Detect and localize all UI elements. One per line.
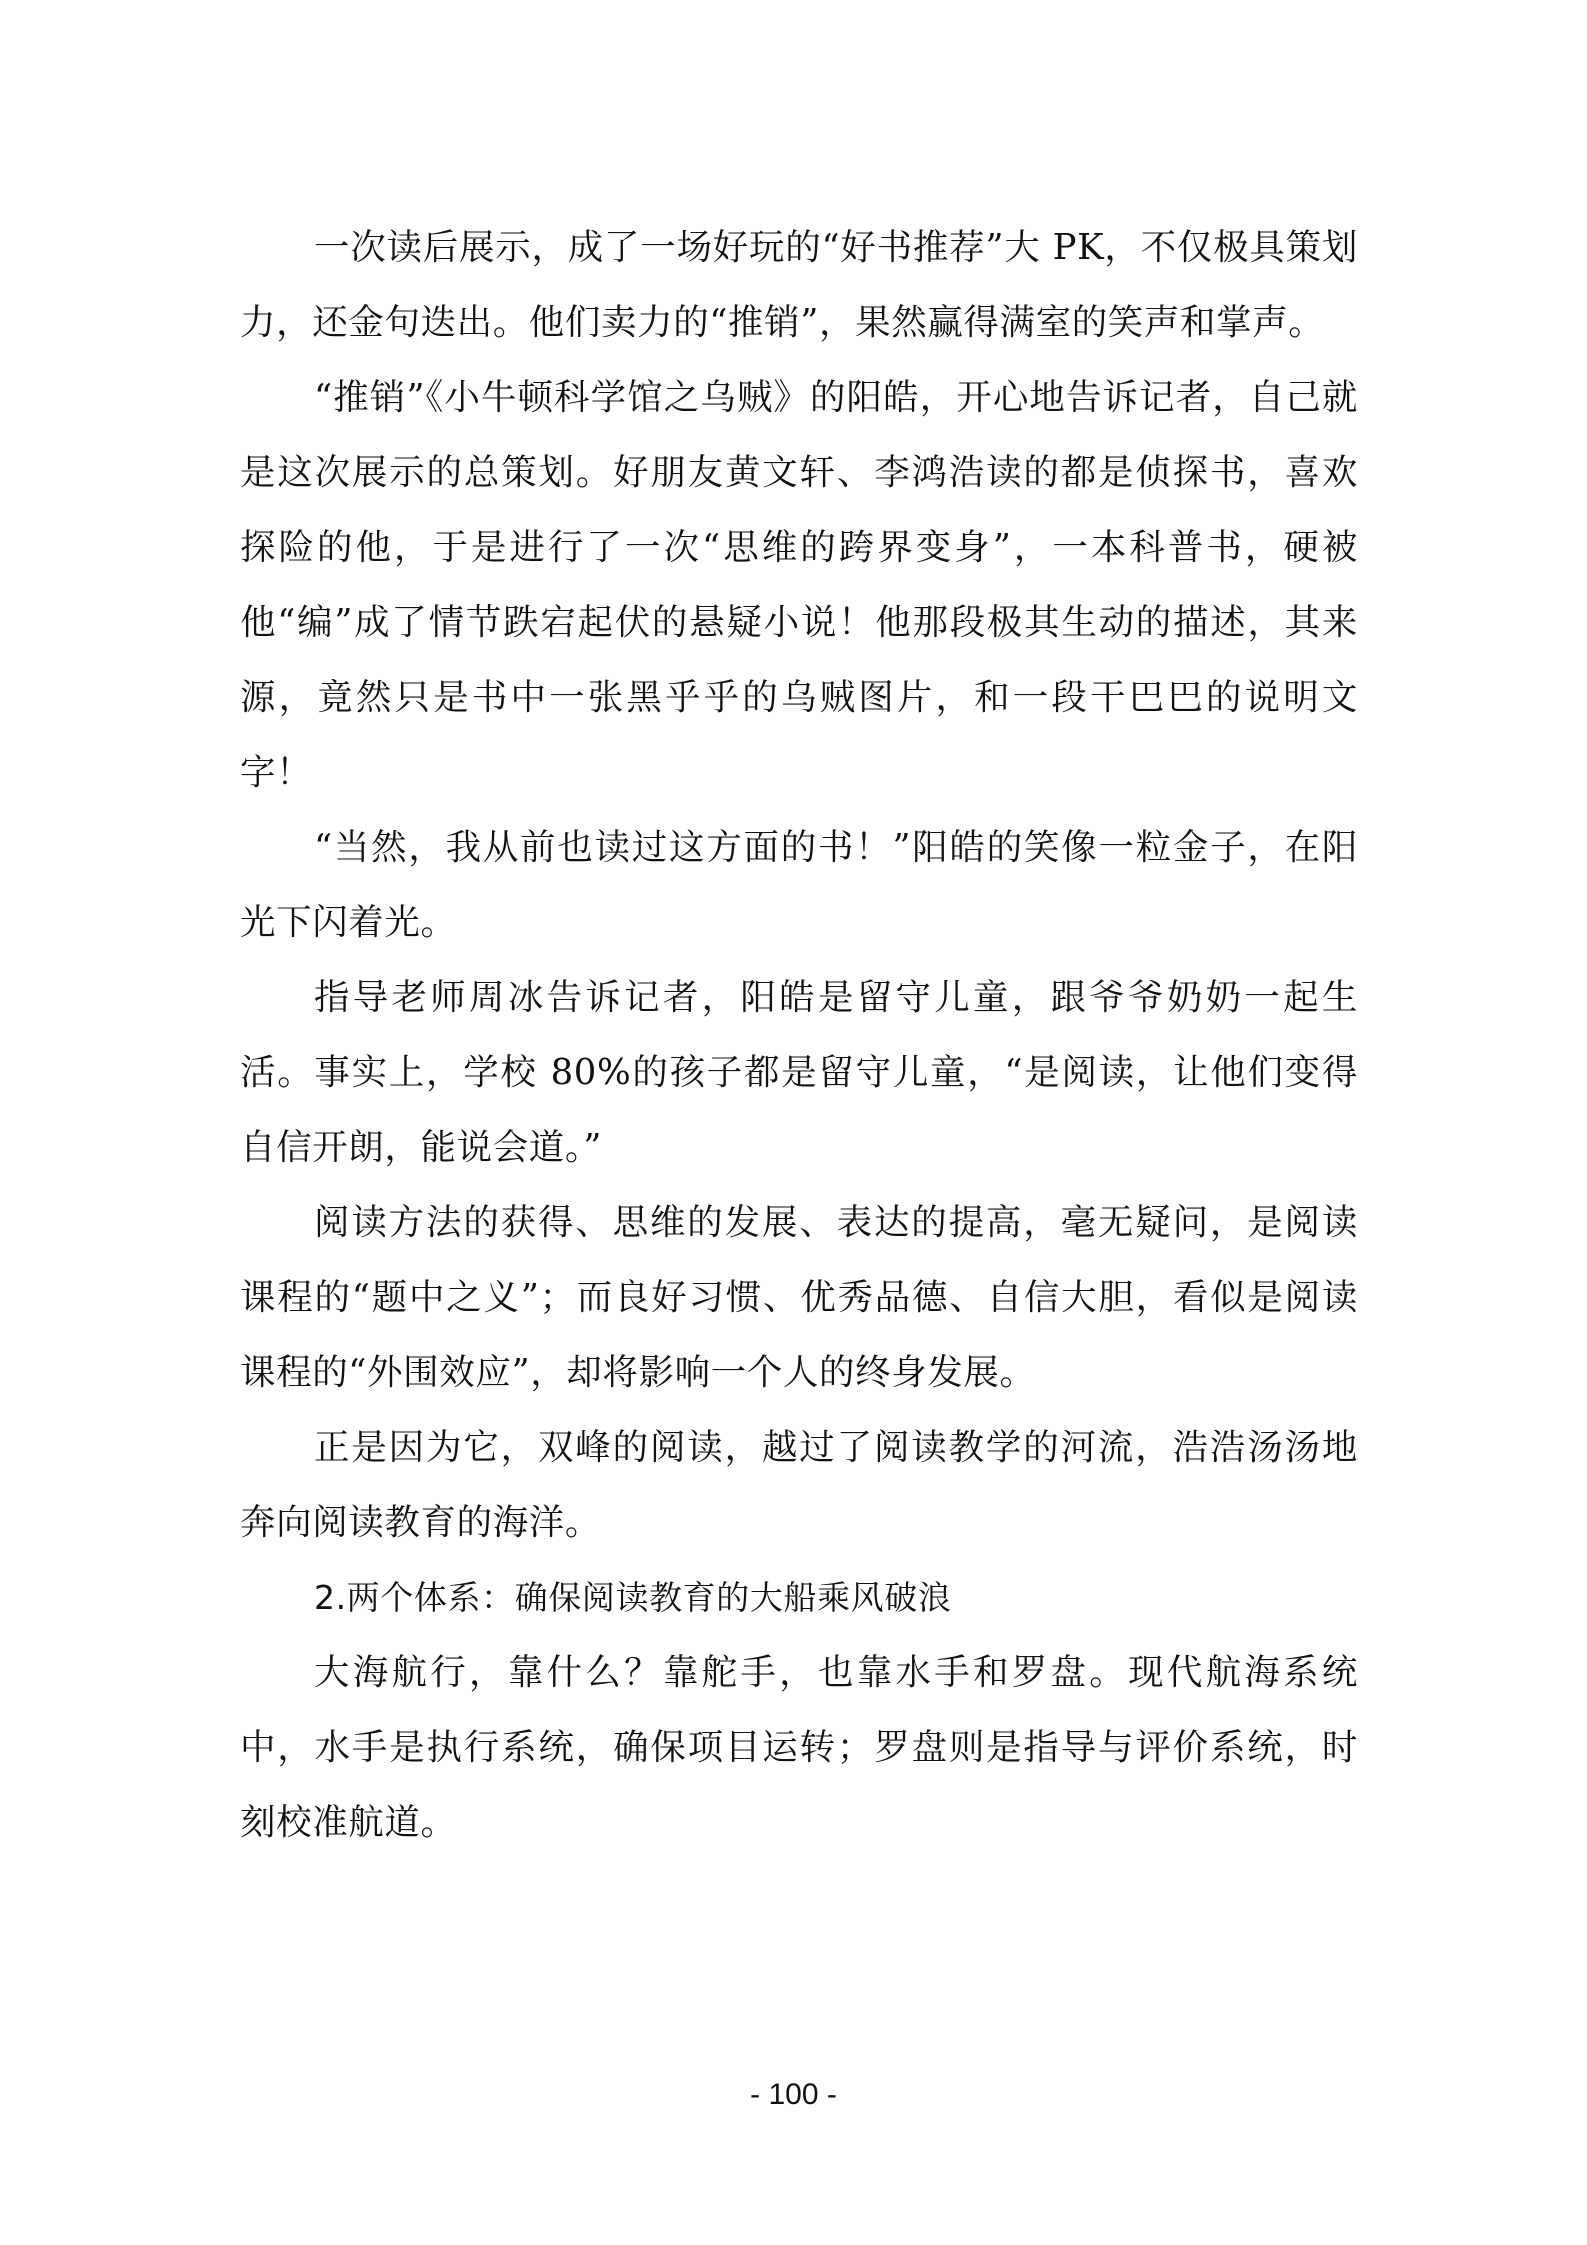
paragraph-reading-education-ocean: 正是因为它，双峰的阅读，越过了阅读教学的河流，浩浩汤汤地奔向阅读教育的海洋。 — [240, 1410, 1358, 1560]
paragraph-book-recommendation-pk: 一次读后展示，成了一场好玩的“好书推荐”大 PK，不仅极具策划力，还金句迭出。他… — [240, 210, 1358, 360]
paragraph-yanghao-planning: “推销”《小牛顿科学馆之乌贼》的阳皓，开心地告诉记者，自己就是这次展示的总策划。… — [240, 360, 1358, 810]
paragraph-teacher-zhoubing: 指导老师周冰告诉记者，阳皓是留守儿童，跟爷爷奶奶一起生活。事实上，学校 80%的… — [240, 960, 1358, 1185]
paragraph-yanghao-quote: “当然，我从前也读过这方面的书！”阳皓的笑像一粒金子，在阳光下闪着光。 — [240, 810, 1358, 960]
paragraph-reading-course-effects: 阅读方法的获得、思维的发展、表达的提高，毫无疑问，是阅读课程的“题中之义”；而良… — [240, 1185, 1358, 1410]
paragraph-navigation-systems: 大海航行，靠什么？靠舵手，也靠水手和罗盘。现代航海系统中，水手是执行系统，确保项… — [240, 1635, 1358, 1860]
section-heading-two-systems: 2.两个体系：确保阅读教育的大船乘风破浪 — [240, 1560, 1358, 1635]
document-page: 一次读后展示，成了一场好玩的“好书推荐”大 PK，不仅极具策划力，还金句迭出。他… — [240, 210, 1358, 1860]
page-number: - 100 - — [0, 2078, 1587, 2112]
